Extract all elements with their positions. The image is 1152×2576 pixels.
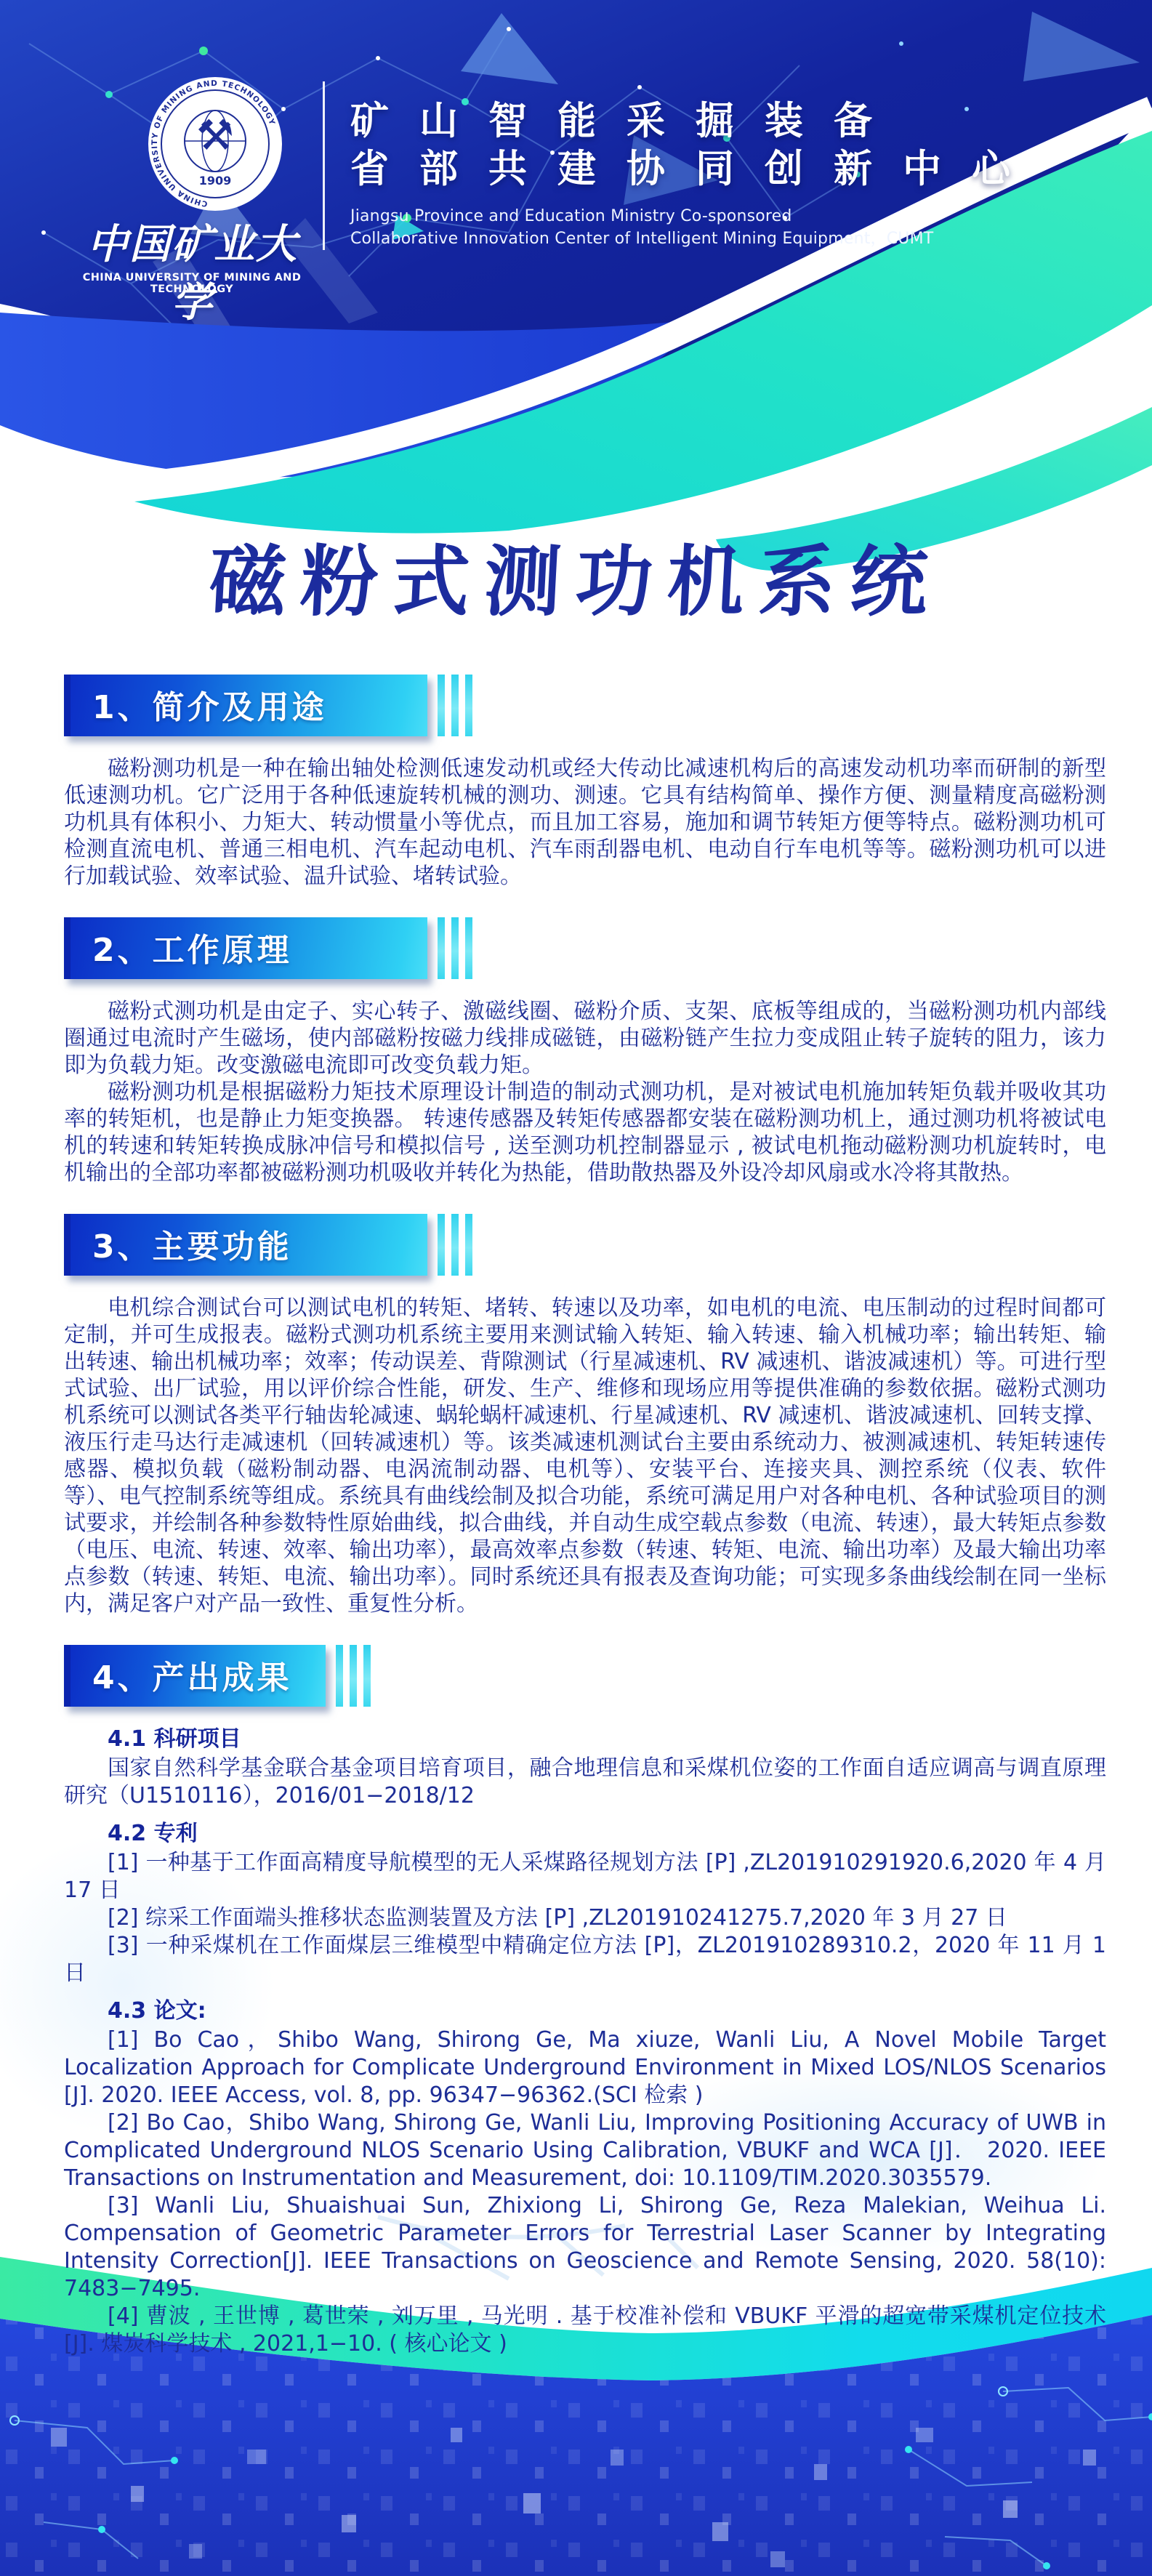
- university-name-cn: 中国矿业大学: [67, 212, 318, 329]
- section1-banner-row: 1、简介及用途: [64, 675, 1106, 736]
- seal-year: 1909: [199, 174, 232, 188]
- content-column: 1、简介及用途 磁粉测功机是一种在输出轴处检测低速发动机或经大传动比减速机构后的…: [64, 675, 1106, 2358]
- section2-banner-row: 2、工作原理: [64, 917, 1106, 979]
- section3-heading: 3、主要功能: [92, 1220, 292, 1267]
- section4-banner-row: 4、产出成果: [64, 1645, 1106, 1707]
- center-subtitle-line1: Jiangsu Province and Education Ministry …: [350, 205, 1041, 228]
- section4-body: 4.1 科研项目 国家自然科学基金联合基金项目培育项目，融合地理信息和采煤机位姿…: [64, 1726, 1106, 2358]
- section3-banner-row: 3、主要功能: [64, 1214, 1106, 1276]
- banner-stripes: [336, 1645, 371, 1707]
- section3-paragraph: 电机综合测试台可以测试电机的转矩、堵转、转速以及功率，如电机的电流、电压制动的过…: [64, 1295, 1106, 1617]
- banner-stripes: [438, 917, 472, 979]
- section2-paragraph: 磁粉式测功机是由定子、实心转子、激磁线圈、磁粉介质、支架、底板等组成的，当磁粉测…: [64, 998, 1106, 1079]
- patents-heading: 4.2 专利: [64, 1820, 1106, 1848]
- section2-heading: 2、工作原理: [92, 924, 292, 970]
- banner-stripe: [438, 1214, 445, 1276]
- center-title-line1: 矿山智能采掘装备: [350, 97, 1041, 145]
- banner-stripe: [451, 675, 459, 736]
- banner-stripe: [451, 1214, 459, 1276]
- paper-item: [1] Bo Cao，Shibo Wang, Shirong Ge, Ma xi…: [64, 2026, 1106, 2109]
- patent-item: [2] 综采工作面端头推移状态监测装置及方法 [P] ,ZL2019102412…: [64, 1904, 1106, 1932]
- banner-stripe: [465, 1214, 472, 1276]
- section1-heading: 1、简介及用途: [92, 681, 327, 728]
- banner-stripe: [350, 1645, 357, 1707]
- banner-stripe: [451, 917, 459, 979]
- banner-stripe: [465, 917, 472, 979]
- patent-item: [1] 一种基于工作面高精度导航模型的无人采煤路径规划方法 [P] ,ZL201…: [64, 1849, 1106, 1904]
- banner-stripe: [438, 675, 445, 736]
- section4-heading: 4、产出成果: [92, 1651, 292, 1698]
- university-name-en: CHINA UNIVERSITY OF MINING AND TECHNOLOG…: [61, 272, 323, 295]
- section1-banner: 1、简介及用途: [64, 675, 427, 736]
- poster-page: CHINA UNIVERSITY OF MINING AND TECHNOLOG…: [0, 0, 1152, 2576]
- paper-item: [4] 曹波 , 王世博 , 葛世荣 , 刘万里 , 马光明 . 基于校准补偿和…: [64, 2303, 1106, 2358]
- banner-stripe: [363, 1645, 371, 1707]
- header-divider: [323, 81, 325, 250]
- paper-item: [3] Wanli Liu, Shuaishuai Sun, Zhixiong …: [64, 2192, 1106, 2303]
- center-title-line2: 省部共建协同创新中心: [350, 145, 1041, 193]
- center-subtitle-line2: Collaborative Innovation Center of Intel…: [350, 228, 1041, 250]
- section4-banner: 4、产出成果: [64, 1645, 326, 1707]
- section2-paragraph: 磁粉测功机是根据磁粉力矩技术原理设计制造的制动式测功机，是对被试电机施加转矩负载…: [64, 1079, 1106, 1186]
- research-project-item: 国家自然科学基金联合基金项目培育项目，融合地理信息和采煤机位姿的工作面自适应调高…: [64, 1755, 1106, 1810]
- patent-item: [3] 一种采煤机在工作面煤层三维模型中精确定位方法 [P]，ZL2019102…: [64, 1932, 1106, 1987]
- crossed-hammers-icon: ⚒: [196, 110, 234, 160]
- university-seal-icon: CHINA UNIVERSITY OF MINING AND TECHNOLOG…: [145, 74, 285, 214]
- poster-title: 磁粉式测功机系统: [0, 520, 1152, 631]
- papers-heading: 4.3 论文:: [64, 1997, 1106, 2025]
- section1-paragraph: 磁粉测功机是一种在输出轴处检测低速发动机或经大传动比减速机构后的高速发动机功率而…: [64, 755, 1106, 890]
- banner-stripes: [438, 1214, 472, 1276]
- research-projects-heading: 4.1 科研项目: [64, 1726, 1106, 1753]
- banner-stripe: [465, 675, 472, 736]
- banner-stripes: [438, 675, 472, 736]
- banner-stripe: [336, 1645, 343, 1707]
- paper-item: [2] Bo Cao，Shibo Wang, Shirong Ge, Wanli…: [64, 2109, 1106, 2192]
- section3-banner: 3、主要功能: [64, 1214, 427, 1276]
- section2-banner: 2、工作原理: [64, 917, 427, 979]
- banner-stripe: [438, 917, 445, 979]
- center-title-block: 矿山智能采掘装备 省部共建协同创新中心 Jiangsu Province and…: [350, 97, 1041, 250]
